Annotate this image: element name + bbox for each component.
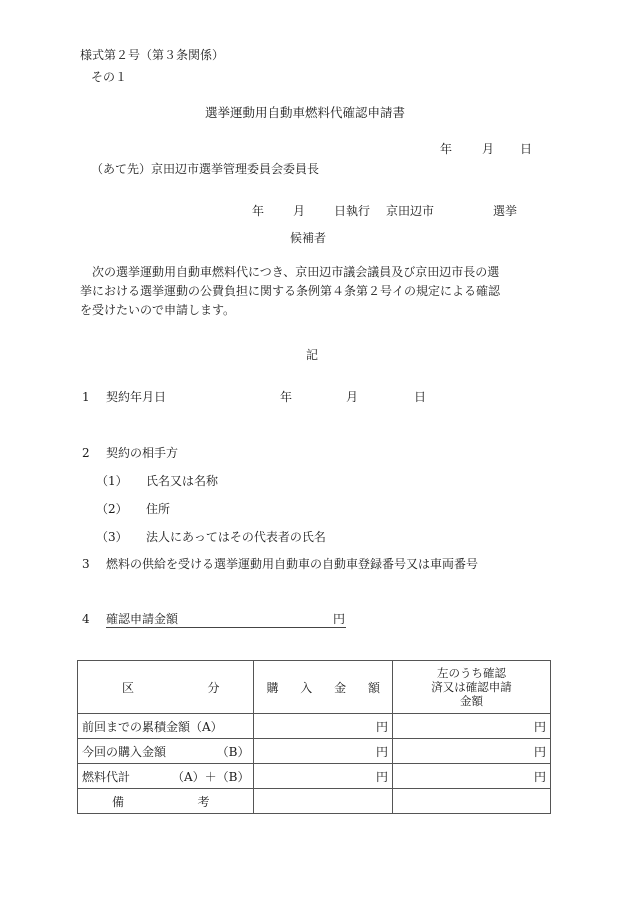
item3-number: 3 (82, 557, 90, 571)
header-confirmed-line3: 金額 (397, 694, 546, 708)
header-category-b: 分 (207, 679, 219, 696)
item2-number: 2 (82, 446, 90, 460)
statement-line-2: 挙における選挙運動の公費負担に関する条例第４条第２号イの規定による確認 (80, 282, 555, 301)
purchase-amount-cell[interactable]: 円 (254, 739, 393, 764)
confirmed-amount-cell[interactable]: 円 (392, 739, 550, 764)
row-label-current-b: （B） (217, 743, 250, 760)
row-label-remarks: 備 考 (78, 789, 254, 814)
election-year: 年 (252, 204, 264, 218)
row-label-total: 燃料代計 （A）＋（B） (78, 764, 254, 789)
addressee: （あて先）京田辺市選挙管理委員会委員長 (91, 162, 319, 176)
table-row: 今回の購入金額 （B） 円 円 (78, 739, 551, 764)
table-header-row: 区 分 購 入 金 額 左のうち確認 済又は確認申請 金額 (78, 661, 551, 714)
header-purchase-char: 金 (334, 679, 346, 696)
item2-sub1-label: 氏名又は名称 (146, 474, 218, 488)
document-title: 選挙運動用自動車燃料代確認申請書 (205, 106, 405, 120)
row-label-current-a: 今回の購入金額 (82, 743, 166, 760)
item4-label: 確認申請金額 (106, 612, 178, 626)
statement-line-1: 次の選挙運動用自動車燃料代につき、京田辺市議会議員及び京田辺市長の選 (80, 263, 555, 282)
row-label-current: 今回の購入金額 （B） (78, 739, 254, 764)
item1-label: 契約年月日 (106, 390, 166, 404)
purchase-amount-cell[interactable]: 円 (254, 764, 393, 789)
purchase-amount-cell[interactable]: 円 (254, 714, 393, 739)
item2-sub3-label: 法人にあってはその代表者の氏名 (146, 530, 326, 544)
header-category-a: 区 (122, 679, 134, 696)
election-month: 月 (293, 204, 305, 218)
amount-underline (106, 627, 346, 628)
header-purchase-char: 購 (266, 679, 278, 696)
row-label-total-a: 燃料代計 (82, 768, 130, 785)
candidate-label: 候補者 (290, 231, 326, 245)
item2-sub1-number: （1） (96, 474, 128, 488)
item4-number: 4 (82, 612, 90, 626)
item3-label: 燃料の供給を受ける選挙運動用自動車の自動車登録番号又は車両番号 (106, 557, 478, 571)
election-city: 京田辺市 (386, 204, 434, 218)
row-label-remarks-b: 考 (197, 793, 209, 810)
ki-heading: 記 (306, 348, 318, 362)
item2-sub2-number: （2） (96, 502, 128, 516)
table-row: 備 考 (78, 789, 551, 814)
item2-sub2-label: 住所 (146, 502, 170, 516)
fuel-cost-table: 区 分 購 入 金 額 左のうち確認 済又は確認申請 金額 前回までの累積金額（… (77, 660, 551, 814)
election-day-exec: 日執行 (334, 204, 370, 218)
item1-month: 月 (346, 390, 358, 404)
header-purchase-amount: 購 入 金 額 (254, 661, 393, 714)
item1-number: 1 (82, 390, 90, 404)
statement-line-3: を受けたいので申請します。 (80, 301, 555, 320)
row-label-total-b: （A）＋（B） (172, 768, 250, 785)
item2-label: 契約の相手方 (106, 446, 178, 460)
date-day: 日 (520, 142, 532, 156)
date-year: 年 (440, 142, 452, 156)
table-row: 前回までの累積金額（A） 円 円 (78, 714, 551, 739)
item2-sub3-number: （3） (96, 530, 128, 544)
remarks-cell[interactable] (392, 789, 550, 814)
confirmed-amount-cell[interactable]: 円 (392, 714, 550, 739)
table-row: 燃料代計 （A）＋（B） 円 円 (78, 764, 551, 789)
header-purchase-char: 額 (368, 679, 380, 696)
election-type: 選挙 (493, 204, 517, 218)
item1-year: 年 (280, 390, 292, 404)
header-confirmed-amount: 左のうち確認 済又は確認申請 金額 (392, 661, 550, 714)
confirmed-amount-cell[interactable]: 円 (392, 764, 550, 789)
sub-number: その１ (91, 70, 127, 84)
header-purchase-char: 入 (300, 679, 312, 696)
header-confirmed-line2: 済又は確認申請 (397, 680, 546, 694)
form-number: 様式第２号（第３条関係） (80, 48, 224, 62)
item1-day: 日 (414, 390, 426, 404)
remarks-cell[interactable] (254, 789, 393, 814)
row-label-cumulative: 前回までの累積金額（A） (78, 714, 254, 739)
application-statement: 次の選挙運動用自動車燃料代につき、京田辺市議会議員及び京田辺市長の選 挙における… (80, 263, 555, 320)
date-month: 月 (482, 142, 494, 156)
header-confirmed-line1: 左のうち確認 (397, 666, 546, 680)
header-category: 区 分 (78, 661, 254, 714)
item4-unit: 円 (333, 612, 345, 626)
row-label-remarks-a: 備 (112, 793, 124, 810)
